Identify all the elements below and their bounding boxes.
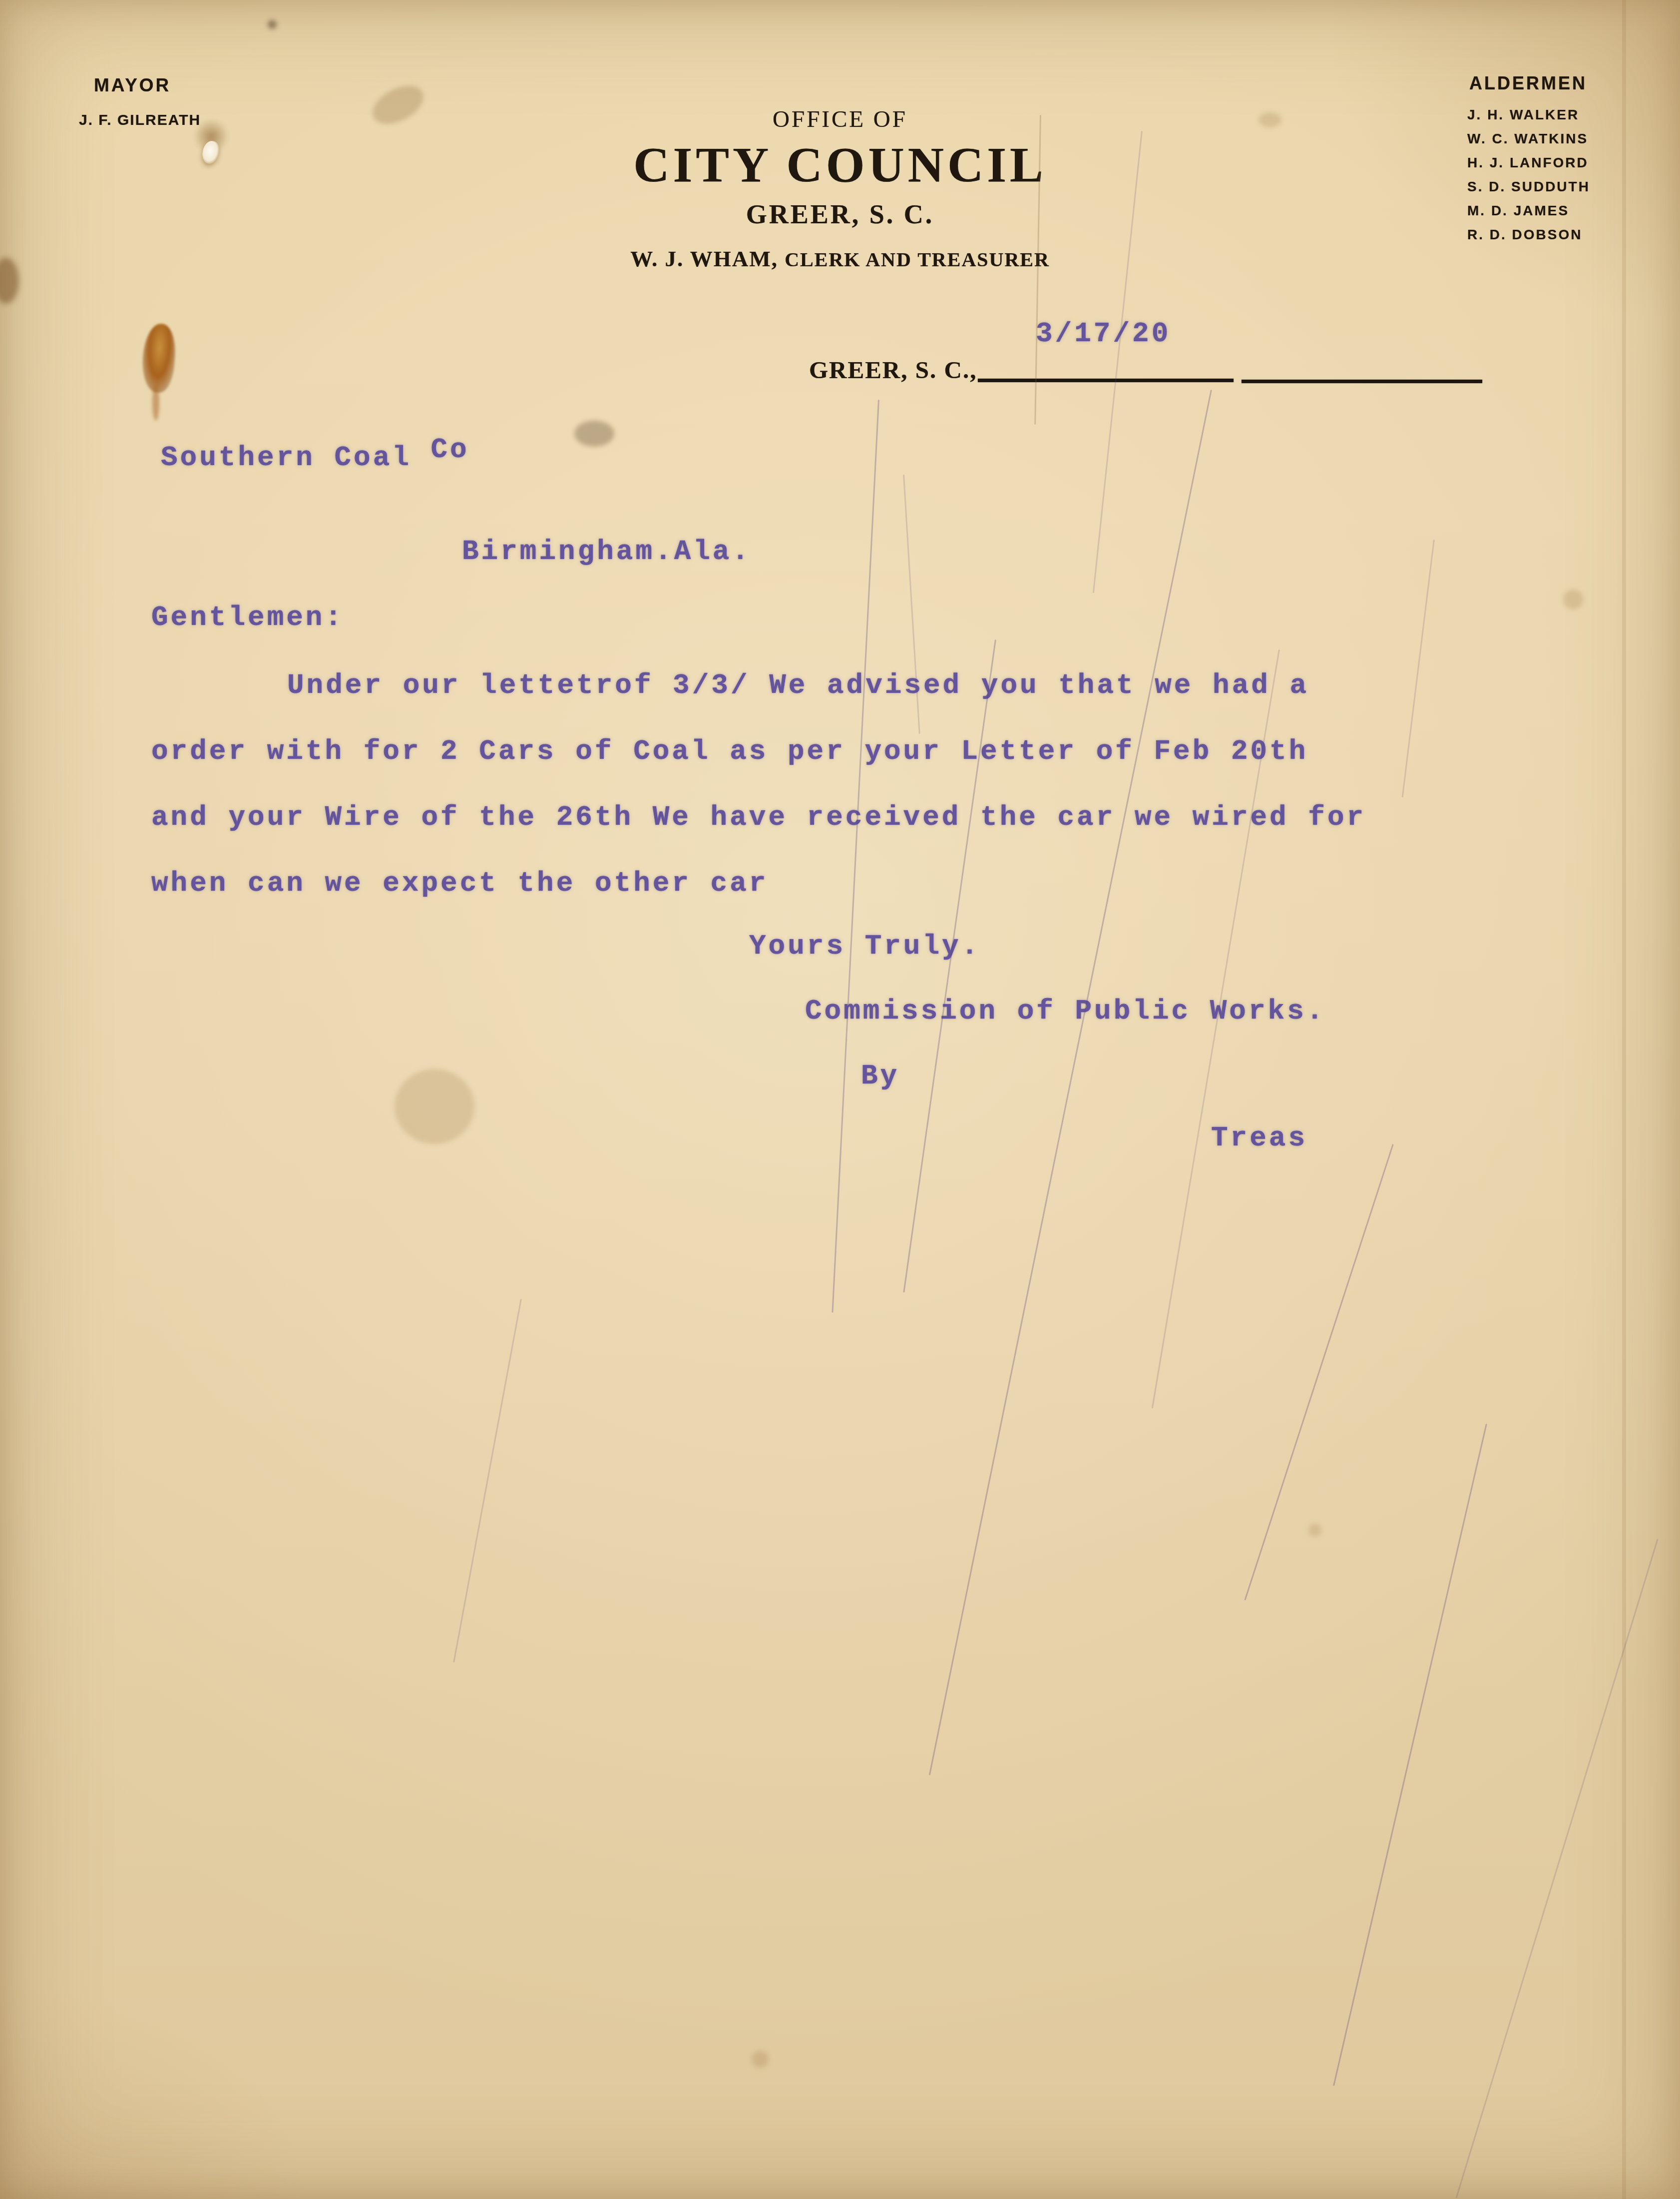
- paper-stain: [395, 1069, 474, 1144]
- alderman-name: W. C. WATKINS: [1467, 132, 1680, 146]
- paper-stain: [1563, 589, 1583, 609]
- office-of-label: OFFICE OF: [0, 106, 1680, 133]
- recipient-company-name: Southern Coal: [161, 442, 412, 474]
- paper-stain: [1259, 112, 1281, 127]
- alderman-name: S. D. SUDDUTH: [1467, 180, 1680, 194]
- mayor-label: MAYOR: [94, 75, 171, 96]
- paper-stain: [152, 385, 159, 421]
- recipient-company-suffix: Co: [430, 434, 469, 466]
- scanned-letter-page: MAYOR J. F. GILREATH OFFICE OF CITY COUN…: [0, 0, 1680, 2199]
- closing: Yours Truly.: [749, 930, 980, 962]
- signature-by-label: By: [861, 1060, 899, 1092]
- body-line: and your Wire of the 26th We have receiv…: [151, 801, 1366, 833]
- paper-stain: [268, 20, 277, 29]
- clerk-title: CLERK AND TREASURER: [785, 248, 1050, 271]
- organization-city: GREER, S. C.: [0, 199, 1680, 230]
- scratch-line: [1402, 540, 1435, 797]
- paper-stain: [752, 2051, 769, 2068]
- body-line: when can we expect the other car: [151, 867, 768, 899]
- dateline-rule: [1242, 380, 1482, 383]
- alderman-name: H. J. LANFORD: [1467, 156, 1680, 170]
- signature-organization: Commission of Public Works.: [805, 995, 1325, 1027]
- scratch-line: [832, 400, 879, 1313]
- scratch-line: [453, 1299, 522, 1662]
- dateline-city-label: GREER, S. C.,: [809, 356, 977, 384]
- alderman-name: J. H. WALKER: [1467, 108, 1680, 122]
- typed-date: 3/17/20: [1036, 318, 1171, 350]
- signature-title: Treas: [1211, 1122, 1307, 1154]
- body-line: Under our lettetrof 3/3/ We advised you …: [287, 669, 1309, 701]
- salutation: Gentlemen:: [151, 601, 344, 633]
- clerk-name: W. J. WHAM,: [630, 246, 778, 271]
- paper-stain: [140, 323, 177, 394]
- scratch-line: [929, 390, 1212, 1775]
- recipient-company: Southern Coal Co: [161, 442, 469, 474]
- organization-title: CITY COUNCIL: [0, 136, 1680, 193]
- alderman-name: M. D. JAMES: [1467, 204, 1680, 218]
- recipient-city: Birmingham.Ala.: [462, 536, 751, 567]
- paper-stain: [574, 421, 614, 447]
- scratch-line: [1333, 1424, 1487, 2086]
- paper-stain: [1308, 1524, 1321, 1537]
- alderman-name: R. D. DOBSON: [1467, 228, 1680, 242]
- scratch-line: [1456, 1539, 1659, 2199]
- dateline-rule: [978, 379, 1234, 382]
- aldermen-label: ALDERMEN: [1469, 73, 1587, 94]
- scan-fold-line: [1622, 0, 1626, 2199]
- clerk-line: W. J. WHAM, CLERK AND TREASURER: [0, 246, 1680, 272]
